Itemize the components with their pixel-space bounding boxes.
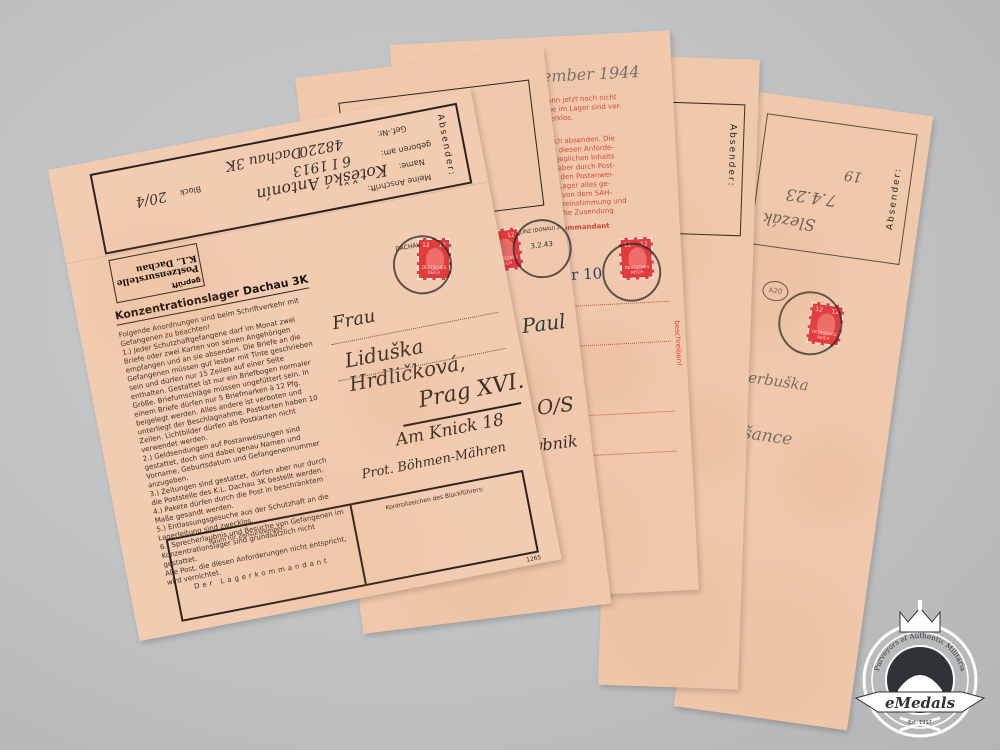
region-fragment: O/S	[536, 392, 575, 420]
date-fragment: ember 1944	[541, 62, 640, 86]
side-red-text: beschreiben!	[673, 320, 683, 366]
circle-mark: A20	[761, 279, 790, 302]
laurel-crest-icon: eMedals Est. 1997 Purveyors of Authentic…	[848, 600, 993, 745]
svg-text:eMedals: eMedals	[885, 694, 956, 712]
svg-text:Est. 1997: Est. 1997	[908, 720, 932, 726]
block-value: 19	[843, 167, 863, 185]
recipient-fragment: Paul	[520, 309, 566, 338]
emedals-watermark-logo: eMedals Est. 1997 Purveyors of Authentic…	[848, 600, 993, 745]
postmark-linz: LINZ (DONAU) 2 3.2.43	[509, 216, 575, 282]
postmark	[601, 241, 663, 303]
recipient-salutation: Frau	[331, 305, 378, 334]
letter-sheet-dachau: Absender: Gef.-Nr. 48220 Dachau 3K gebor…	[48, 88, 562, 641]
